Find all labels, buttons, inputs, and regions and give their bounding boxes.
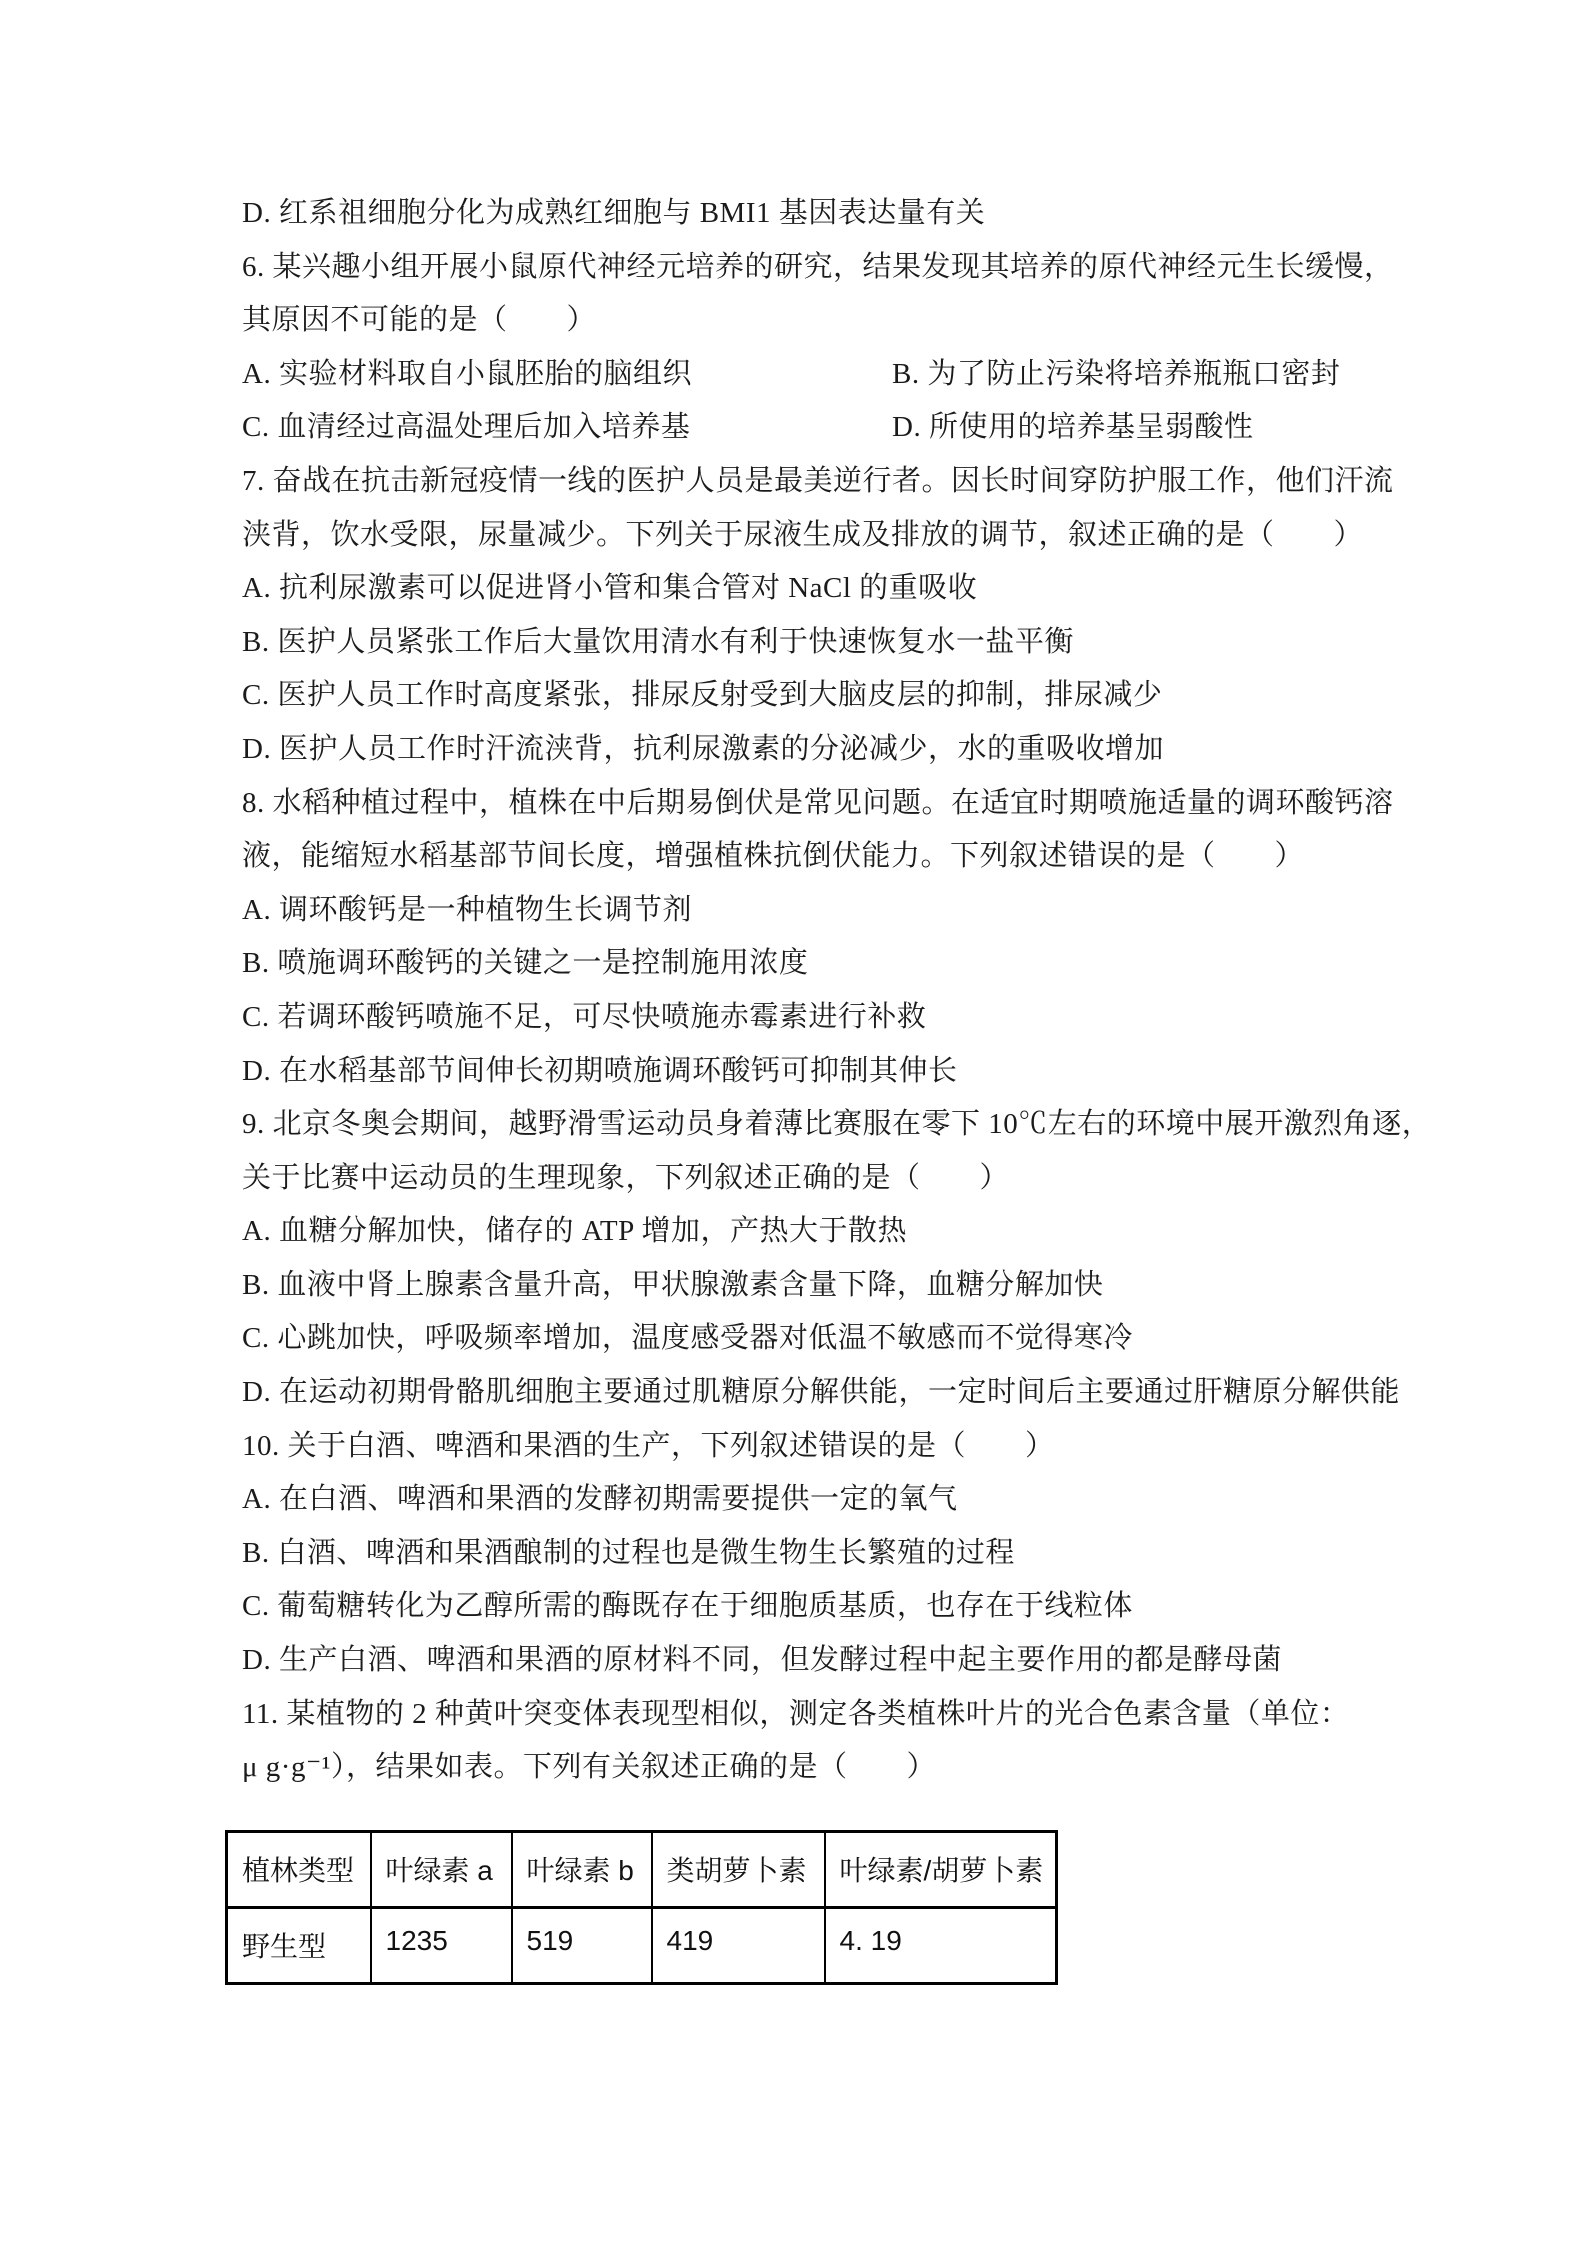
text-line: 6. 某兴趣小组开展小鼠原代神经元培养的研究，结果发现其培养的原代神经元生长缓慢…: [242, 241, 1442, 295]
text-line: D. 生产白酒、啤酒和果酒的原材料不同，但发酵过程中起主要作用的都是酵母菌: [242, 1634, 1442, 1688]
pigment-content-table: 植林类型叶绿素 a叶绿素 b类胡萝卜素叶绿素/胡萝卜素野生型1235519419…: [225, 1830, 1058, 1985]
text-line: A. 在白酒、啤酒和果酒的发酵初期需要提供一定的氧气: [242, 1473, 1442, 1527]
table-header-cell: 叶绿素 b: [512, 1832, 652, 1908]
table-header-cell: 叶绿素/胡萝卜素: [825, 1832, 1057, 1908]
text-line: μ g·g⁻¹），结果如表。下列有关叙述正确的是（ ）: [242, 1741, 1442, 1795]
table-cell: 519: [512, 1908, 652, 1984]
text-line: C. 葡萄糖转化为乙醇所需的酶既存在于细胞质基质，也存在于线粒体: [242, 1580, 1442, 1634]
text-line: D. 红系祖细胞分化为成熟红细胞与 BMI1 基因表达量有关: [242, 187, 1442, 241]
text-line: B. 血液中肾上腺素含量升高，甲状腺激素含量下降，血糖分解加快: [242, 1259, 1442, 1313]
text-line: 7. 奋战在抗击新冠疫情一线的医护人员是最美逆行者。因长时间穿防护服工作，他们汗…: [242, 455, 1442, 509]
table-header-row: 植林类型叶绿素 a叶绿素 b类胡萝卜素叶绿素/胡萝卜素: [227, 1832, 1057, 1908]
text-line: 11. 某植物的 2 种黄叶突变体表现型相似，测定各类植株叶片的光合色素含量（单…: [242, 1688, 1442, 1742]
exam-page: D. 红系祖细胞分化为成熟红细胞与 BMI1 基因表达量有关6. 某兴趣小组开展…: [0, 0, 1586, 2244]
text-line: A. 调环酸钙是一种植物生长调节剂: [242, 884, 1442, 938]
option-pair-line: A. 实验材料取自小鼠胚胎的脑组织B. 为了防止污染将培养瓶瓶口密封: [242, 348, 1442, 402]
text-line: 其原因不可能的是（ ）: [242, 294, 1442, 348]
text-line: D. 医护人员工作时汗流浃背，抗利尿激素的分泌减少，水的重吸收增加: [242, 723, 1442, 777]
table-header-cell: 叶绿素 a: [371, 1832, 512, 1908]
table-header-cell: 类胡萝卜素: [652, 1832, 825, 1908]
text-line: C. 心跳加快，呼吸频率增加，温度感受器对低温不敏感而不觉得寒冷: [242, 1312, 1442, 1366]
text-line: 9. 北京冬奥会期间，越野滑雪运动员身着薄比赛服在零下 10℃左右的环境中展开激…: [242, 1098, 1442, 1152]
option-left: A. 实验材料取自小鼠胚胎的脑组织: [242, 348, 692, 402]
table-cell: 4. 19: [825, 1908, 1057, 1984]
text-line: 8. 水稻种植过程中，植株在中后期易倒伏是常见问题。在适宜时期喷施适量的调环酸钙…: [242, 777, 1442, 831]
table-row: 野生型12355194194. 19: [227, 1908, 1057, 1984]
text-line: A. 血糖分解加快，储存的 ATP 增加，产热大于散热: [242, 1205, 1442, 1259]
table-header-cell: 植林类型: [227, 1832, 371, 1908]
table-cell: 1235: [371, 1908, 512, 1984]
table-cell: 野生型: [227, 1908, 371, 1984]
option-right: D. 所使用的培养基呈弱酸性: [892, 401, 1253, 455]
text-line: C. 医护人员工作时高度紧张，排尿反射受到大脑皮层的抑制，排尿减少: [242, 669, 1442, 723]
table-cell: 419: [652, 1908, 825, 1984]
option-pair-line: C. 血清经过高温处理后加入培养基D. 所使用的培养基呈弱酸性: [242, 401, 1442, 455]
text-line: B. 白酒、啤酒和果酒酿制的过程也是微生物生长繁殖的过程: [242, 1527, 1442, 1581]
text-line: B. 喷施调环酸钙的关键之一是控制施用浓度: [242, 937, 1442, 991]
text-line: D. 在运动初期骨骼肌细胞主要通过肌糖原分解供能，一定时间后主要通过肝糖原分解供…: [242, 1366, 1442, 1420]
text-line: D. 在水稻基部节间伸长初期喷施调环酸钙可抑制其伸长: [242, 1045, 1442, 1099]
text-line: C. 若调环酸钙喷施不足，可尽快喷施赤霉素进行补救: [242, 991, 1442, 1045]
text-line: B. 医护人员紧张工作后大量饮用清水有利于快速恢复水一盐平衡: [242, 616, 1442, 670]
question-text-block: D. 红系祖细胞分化为成熟红细胞与 BMI1 基因表达量有关6. 某兴趣小组开展…: [242, 187, 1442, 1795]
text-line: 液，能缩短水稻基部节间长度，增强植株抗倒伏能力。下列叙述错误的是（ ）: [242, 830, 1442, 884]
option-left: C. 血清经过高温处理后加入培养基: [242, 401, 690, 455]
option-right: B. 为了防止污染将培养瓶瓶口密封: [892, 348, 1340, 402]
text-line: 关于比赛中运动员的生理现象，下列叙述正确的是（ ）: [242, 1152, 1442, 1206]
text-line: A. 抗利尿激素可以促进肾小管和集合管对 NaCl 的重吸收: [242, 562, 1442, 616]
text-line: 10. 关于白酒、啤酒和果酒的生产，下列叙述错误的是（ ）: [242, 1420, 1442, 1474]
text-line: 浃背，饮水受限，尿量减少。下列关于尿液生成及排放的调节，叙述正确的是（ ）: [242, 509, 1442, 563]
